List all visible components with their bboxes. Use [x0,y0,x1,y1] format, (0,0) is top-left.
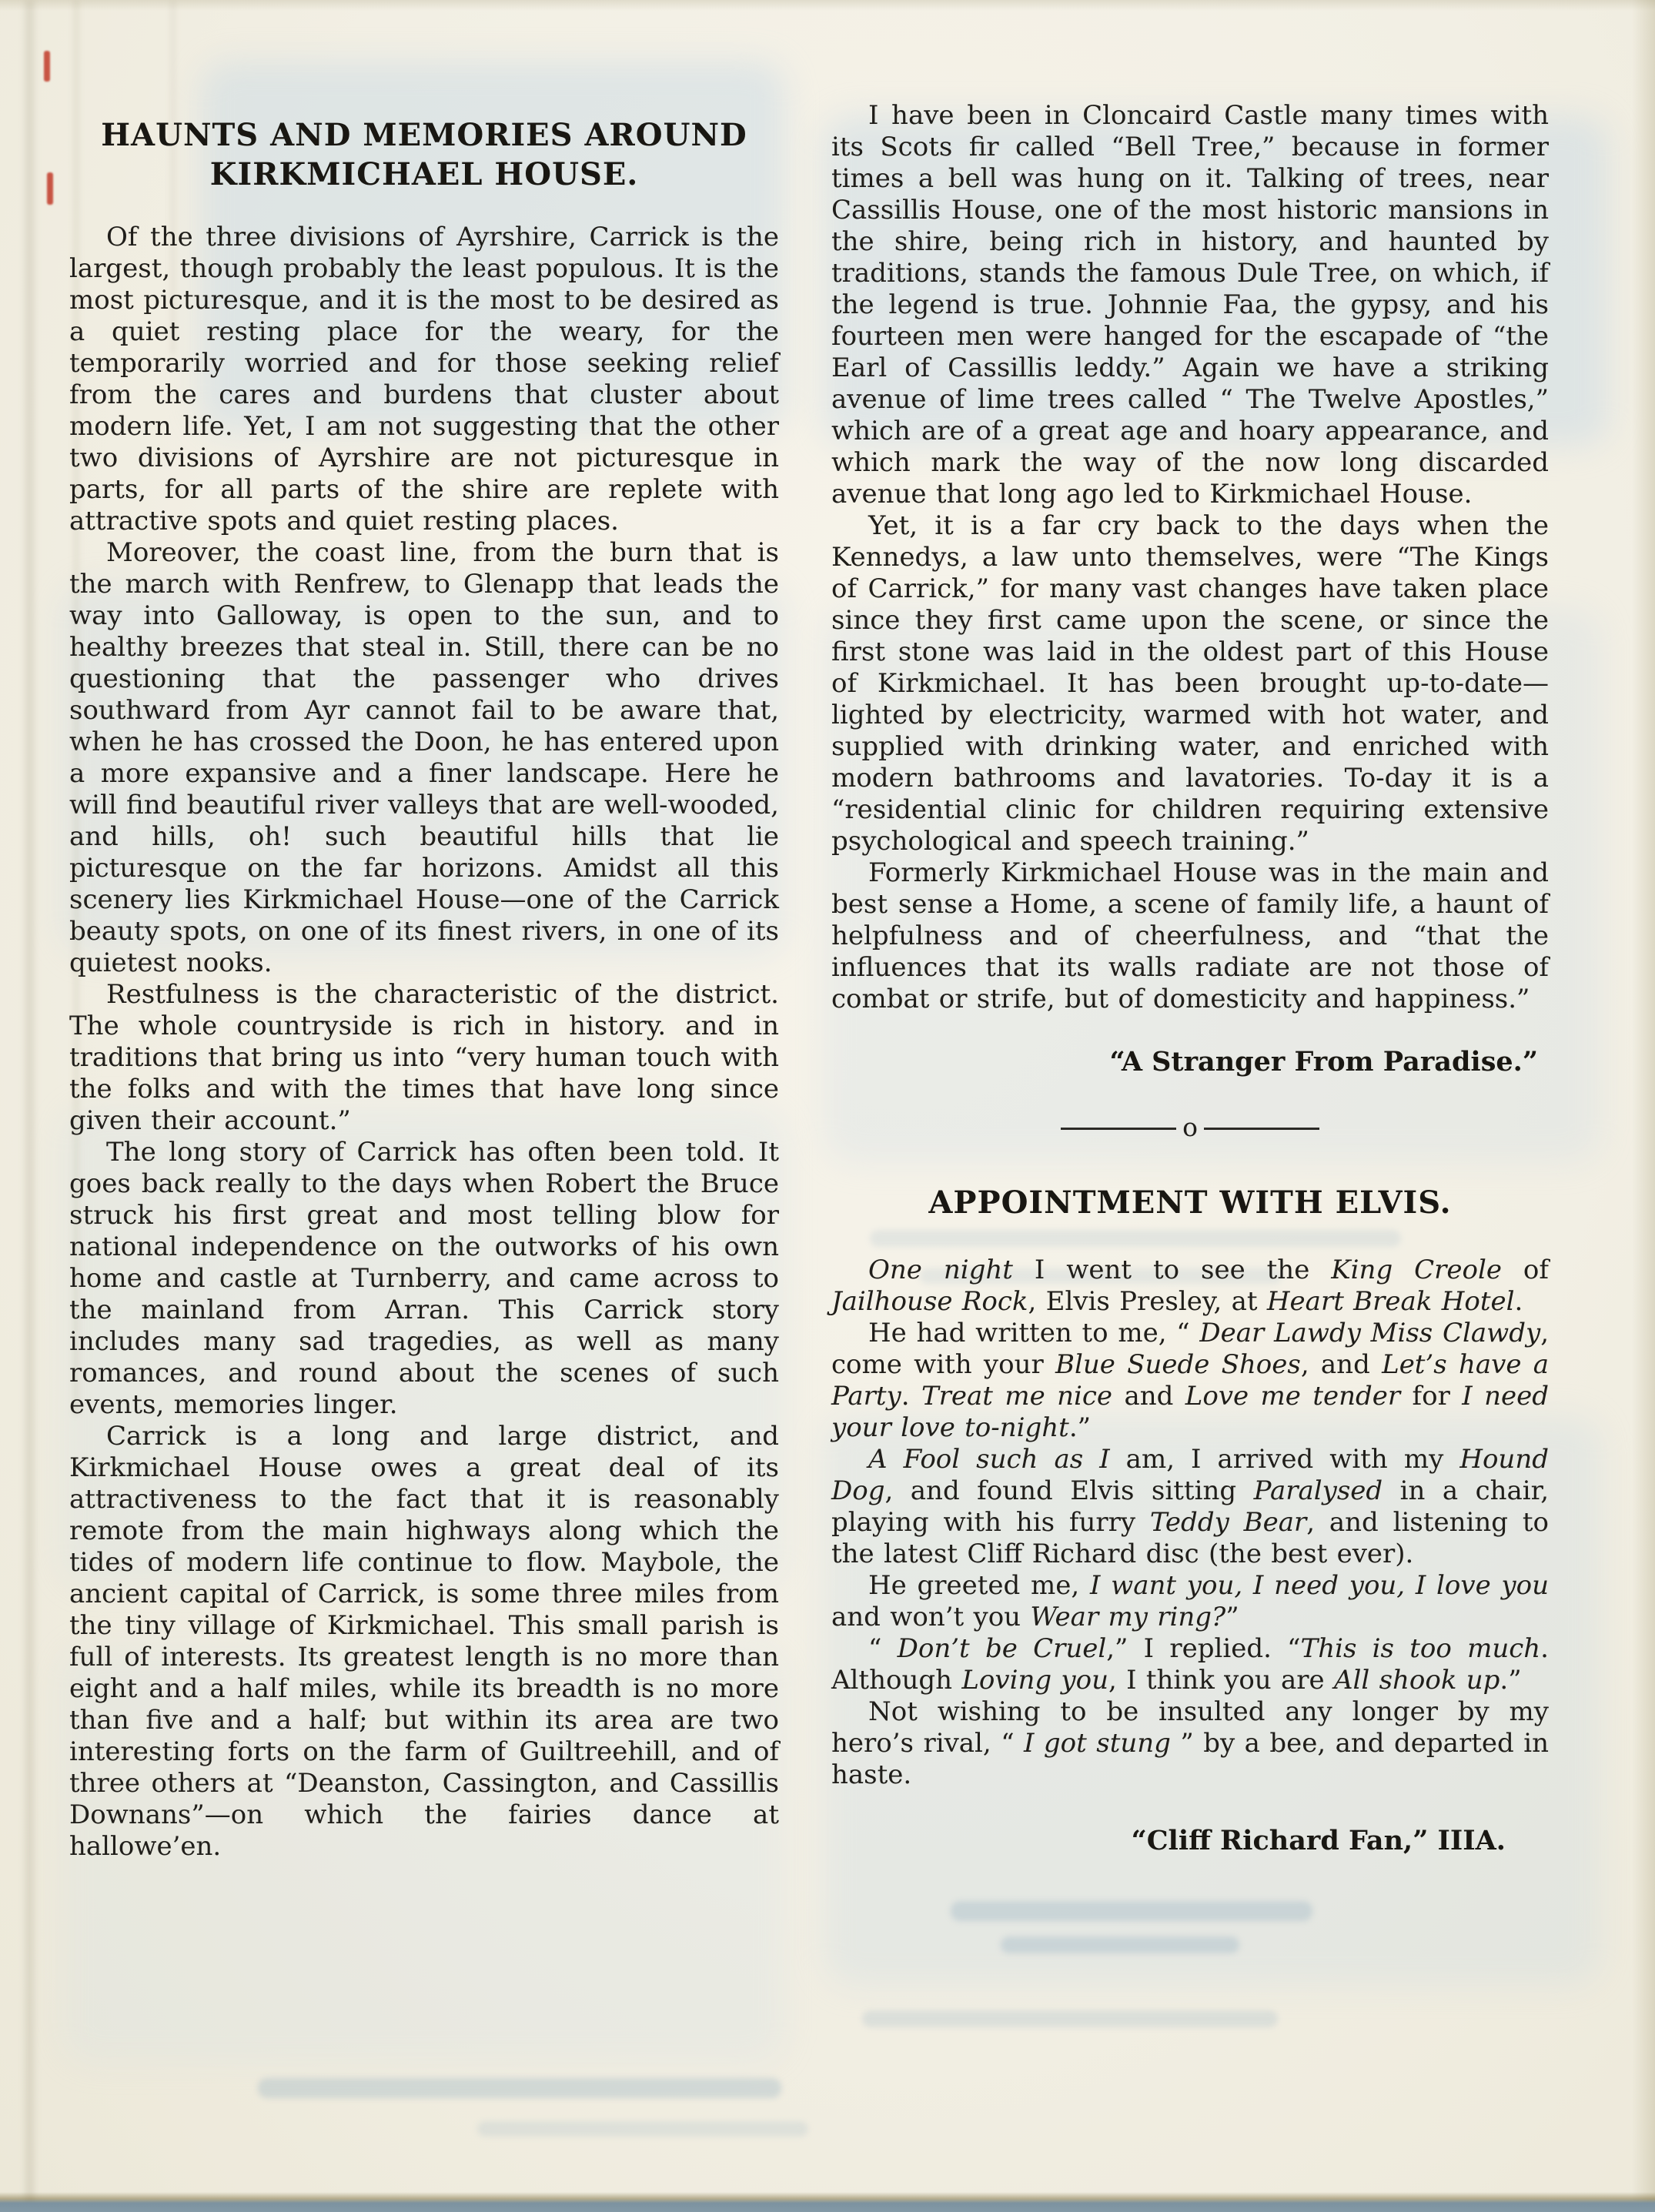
paragraph: I have been in Cloncaird Castle many tim… [831,100,1549,510]
article1-signature: “A Stranger From Paradise.” [831,1046,1549,1078]
divider-o-label: o [1176,1114,1204,1140]
article1-title-line2: KIRKMICHAEL HOUSE. [210,156,639,192]
page-edge-shadow [0,0,1655,11]
paragraph: He had written to me, “ Dear Lawdy Miss … [831,1318,1549,1444]
left-column: HAUNTS AND MEMORIES AROUND KIRKMICHAEL H… [69,115,779,1863]
article2-title: APPOINTMENT WITH ELVIS. [831,1183,1549,1222]
paragraph: He greeted me, I want you, I need you, I… [831,1570,1549,1633]
section-divider: o [831,1116,1549,1141]
paragraph: Moreover, the coast line, from the burn … [69,537,779,979]
right-column: I have been in Cloncaird Castle many tim… [831,100,1549,1856]
article2-signature: “Cliff Richard Fan,” IIIA. [831,1825,1549,1856]
article1-continued-body: I have been in Cloncaird Castle many tim… [831,100,1549,1015]
paragraph: Not wishing to be insulted any longer by… [831,1696,1549,1791]
divider-rule-left [1061,1128,1176,1130]
article1-body: Of the three divisions of Ayrshire, Carr… [69,222,779,1863]
showthrough-text-smudge [862,2010,1278,2027]
paragraph: Yet, it is a far cry back to the days wh… [831,510,1549,857]
red-ink-mark [44,51,50,82]
showthrough-text-smudge [258,2078,781,2098]
paper-crease [26,0,33,2212]
page-edge-shadow [1632,0,1655,2212]
paragraph: Carrick is a long and large district, an… [69,1421,779,1863]
article2-body: One night I went to see the King Creole … [831,1255,1549,1791]
showthrough-text-smudge [951,1901,1312,1921]
paragraph: “ Don’t be Cruel,” I replied. “This is t… [831,1633,1549,1696]
paragraph: Restfulness is the characteristic of the… [69,979,779,1137]
showthrough-text-smudge [1001,1936,1239,1953]
paragraph: The long story of Carrick has often been… [69,1137,779,1421]
paragraph: A Fool such as I am, I arrived with my H… [831,1444,1549,1570]
red-ink-mark [47,172,53,205]
paragraph: Of the three divisions of Ayrshire, Carr… [69,222,779,537]
magazine-page-scan: HAUNTS AND MEMORIES AROUND KIRKMICHAEL H… [0,0,1655,2212]
article1-title-line1: HAUNTS AND MEMORIES AROUND [101,117,747,153]
article1-title: HAUNTS AND MEMORIES AROUND KIRKMICHAEL H… [69,115,779,194]
paragraph: One night I went to see the King Creole … [831,1255,1549,1318]
paragraph: Formerly Kirkmichael House was in the ma… [831,857,1549,1015]
scanner-edge-strip [0,2192,1655,2212]
showthrough-text-smudge [477,2121,808,2137]
divider-rule-right [1204,1128,1319,1130]
